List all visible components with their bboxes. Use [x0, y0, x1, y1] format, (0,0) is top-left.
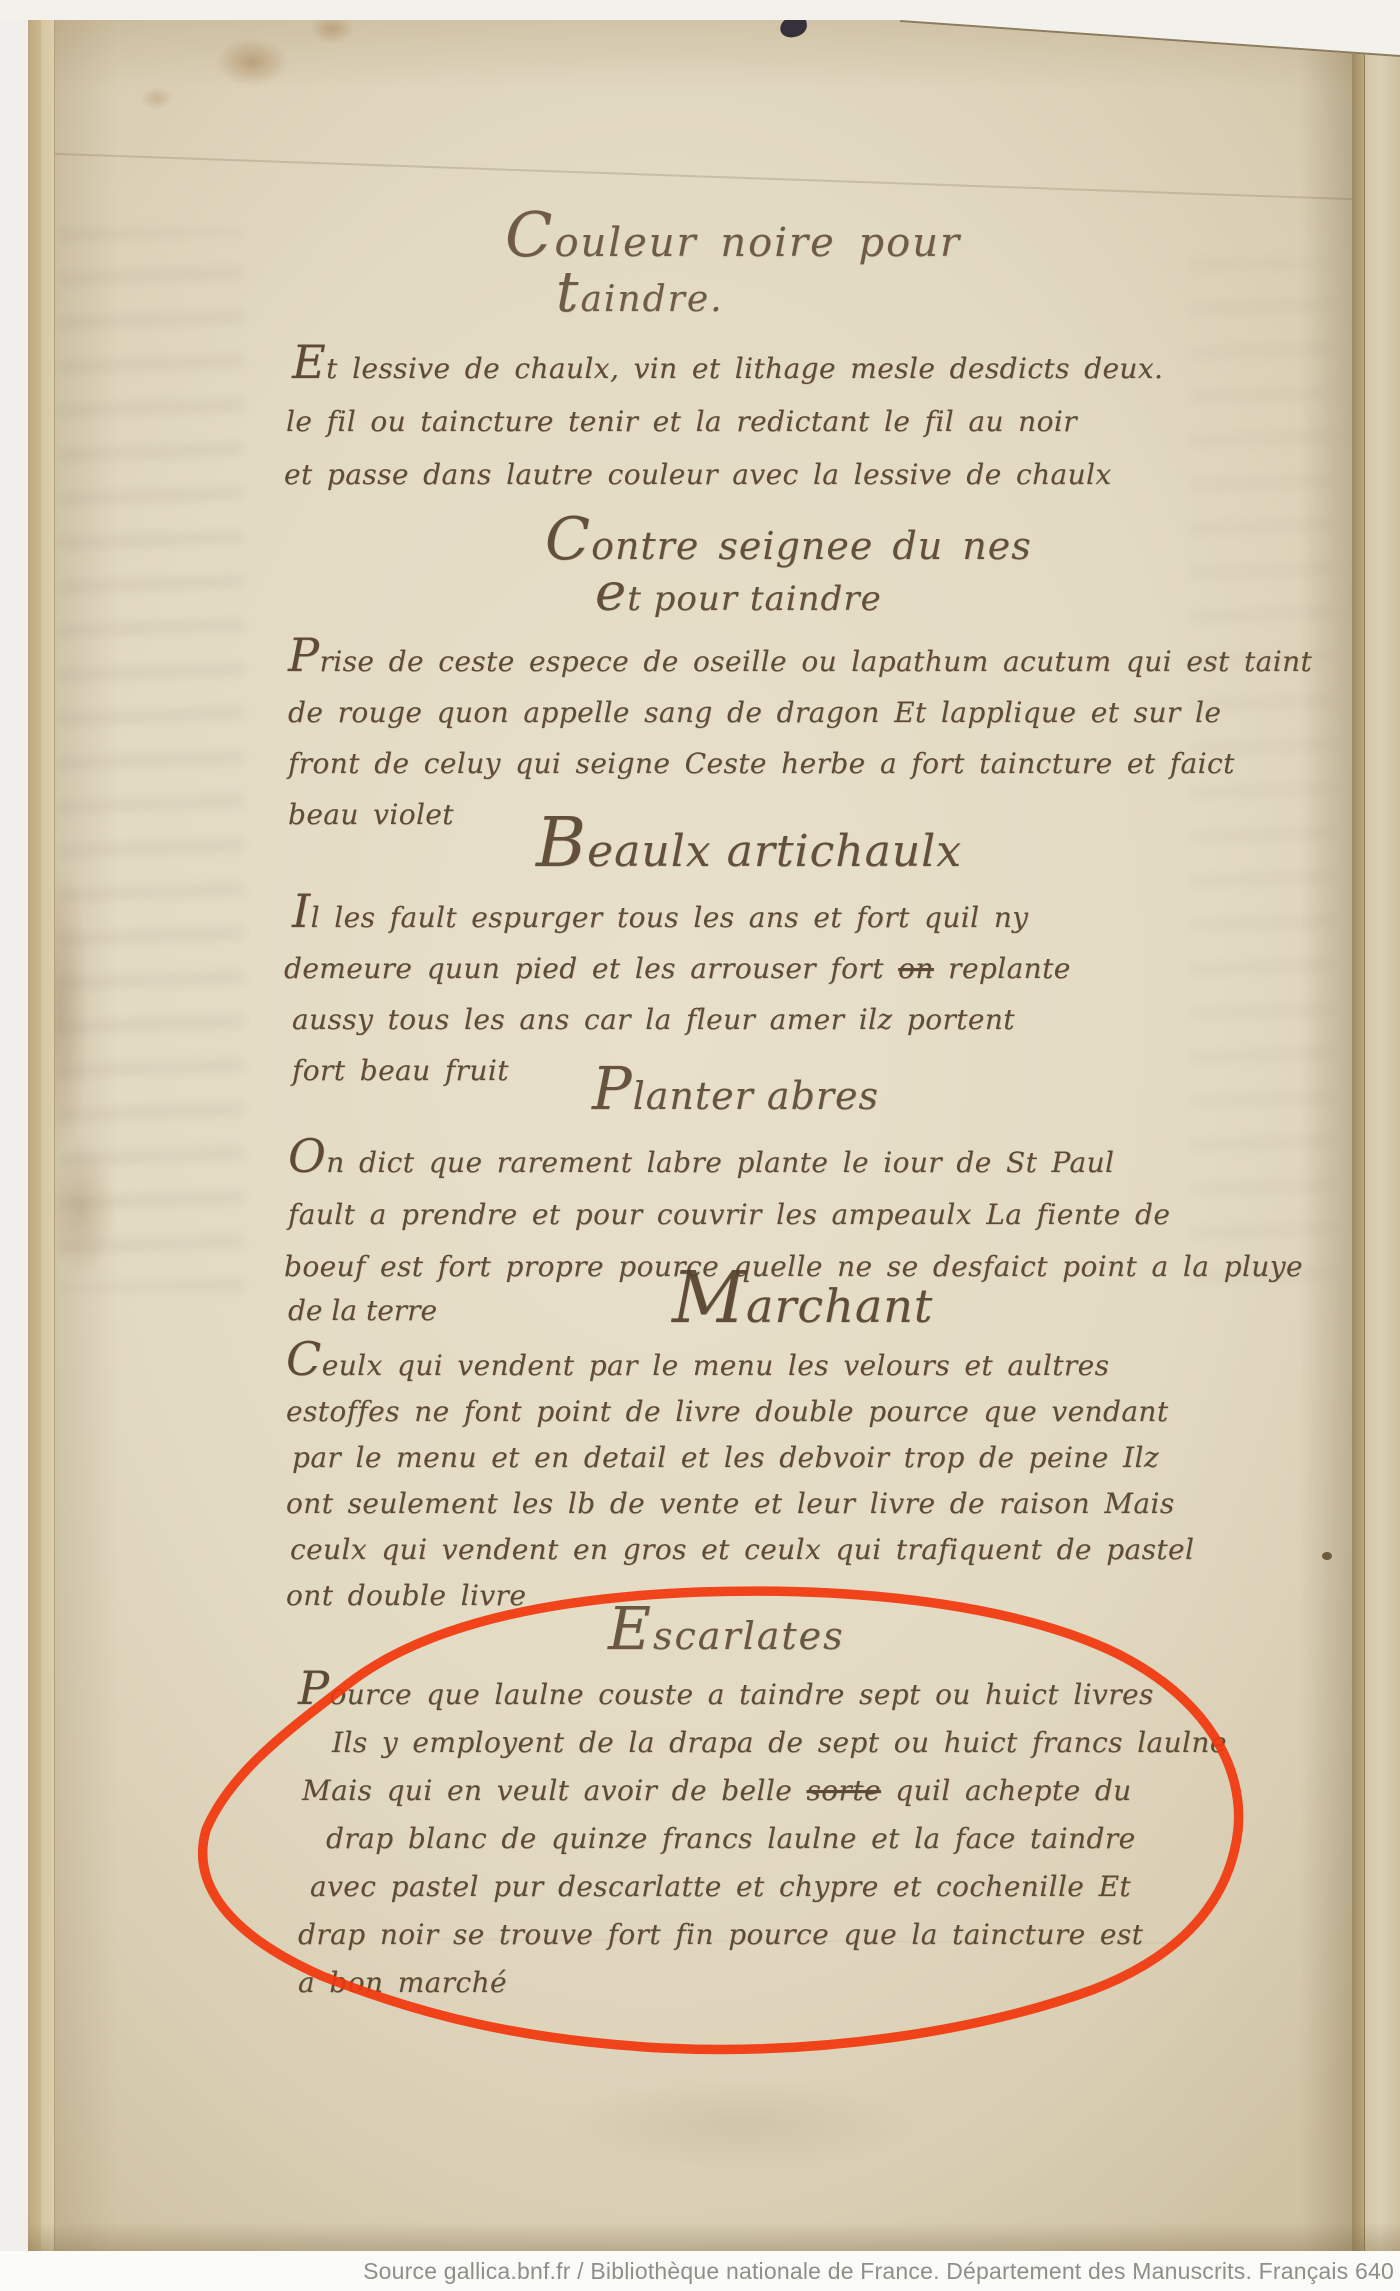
paragraph-couleur-noire: Et lessive de chaulx, vin et lithage mes…	[292, 336, 1163, 501]
manuscript-line: a bon marché	[298, 1959, 1227, 2007]
manuscript-line: front de celuy qui seigne Ceste herbe a …	[288, 738, 1312, 789]
manuscript-line: estoffes ne font point de livre double p…	[286, 1389, 1194, 1435]
manuscript-line: ceulx qui vendent en gros et ceulx qui t…	[290, 1527, 1194, 1573]
heading-couleur-noire-line2: taindre.	[556, 260, 724, 325]
manuscript-line: Mais qui en veult avoir de belle sorte q…	[302, 1767, 1227, 1815]
page-curve-shadow-right	[1300, 18, 1352, 2251]
manuscript-line: de rouge quon appelle sang de dragon Et …	[288, 687, 1312, 738]
manuscript-line: ont seulement les lb de vente et leur li…	[286, 1481, 1194, 1527]
line-fragment: replante	[934, 952, 1071, 985]
page-edge-right-ridge	[1352, 18, 1364, 2251]
footer-source-text: Source gallica.bnf.fr / Bibliothèque nat…	[363, 2251, 1394, 2291]
heading-contre-seignee-line2: et pour taindre	[595, 562, 882, 623]
manuscript-line: drap noir se trouve fort fin pource que …	[298, 1911, 1227, 1959]
page-edge-right-sheets	[1364, 18, 1400, 2251]
manuscript-line: aussy tous les ans car la fleur amer ilz…	[292, 994, 1071, 1045]
manuscript-line: par le menu et en detail et les debvoir …	[292, 1435, 1194, 1481]
page-edge-bottom	[28, 2222, 1400, 2253]
heading-marchant: Marchant	[672, 1256, 933, 1339]
gallica-footer-bar: Source gallica.bnf.fr / Bibliothèque nat…	[0, 2251, 1400, 2291]
manuscript-line: le fil ou taincture tenir et la redictan…	[286, 395, 1163, 448]
heading-planter-abres: Planter abres	[592, 1054, 879, 1123]
manuscript-line: On dict que rarement labre plante le iou…	[288, 1130, 1303, 1189]
page-edge-left-inner	[41, 18, 55, 2251]
verso-bleedthrough-left	[58, 230, 243, 1290]
line-fragment: Mais qui en veult avoir de belle	[302, 1774, 807, 1807]
foxing-stain	[215, 38, 289, 86]
paragraph-marchant: Ceulx qui vendent par le menu les velour…	[286, 1336, 1194, 1619]
paragraph-planter-abres-tail: de la terre	[288, 1294, 437, 1327]
manuscript-line: Il les fault espurger tous les ans et fo…	[292, 886, 1071, 943]
line-fragment: demeure quun pied et les arrouser fort	[284, 952, 898, 985]
manuscript-line: demeure quun pied et les arrouser fort o…	[284, 943, 1071, 994]
struck-word: sorte	[807, 1774, 881, 1807]
paper-stain	[560, 2080, 920, 2170]
manuscript-line: Ils y employent de la drapa de sept ou h…	[332, 1719, 1227, 1767]
manuscript-line: Prise de ceste espece de oseille ou lapa…	[288, 630, 1312, 687]
manuscript-line: avec pastel pur descarlatte et chypre et…	[310, 1863, 1227, 1911]
foxing-stain	[140, 86, 174, 110]
manuscript-line: drap blanc de quinze francs laulne et la…	[326, 1815, 1227, 1863]
struck-word: on	[898, 952, 934, 985]
heading-escarlates: Escarlates	[608, 1594, 845, 1663]
manuscript-line: et passe dans lautre couleur avec la les…	[284, 448, 1163, 501]
manuscript-line: Ceulx qui vendent par le menu les velour…	[286, 1336, 1194, 1389]
heading-beaulx-artichaulx: Beaulx artichaulx	[536, 804, 962, 883]
scan-background-left	[0, 0, 28, 2251]
manuscript-line: fault a prendre et pour couvrir les ampe…	[288, 1189, 1303, 1241]
margin-stain	[46, 1140, 116, 1280]
manuscript-line: Et lessive de chaulx, vin et lithage mes…	[292, 336, 1163, 395]
manuscript-line: Pource que laulne couste a taindre sept …	[298, 1664, 1227, 1719]
paragraph-escarlates: Pource que laulne couste a taindre sept …	[298, 1664, 1227, 2007]
page-edge-left-outer	[28, 18, 41, 2251]
line-fragment: quil achepte du	[881, 1774, 1132, 1807]
